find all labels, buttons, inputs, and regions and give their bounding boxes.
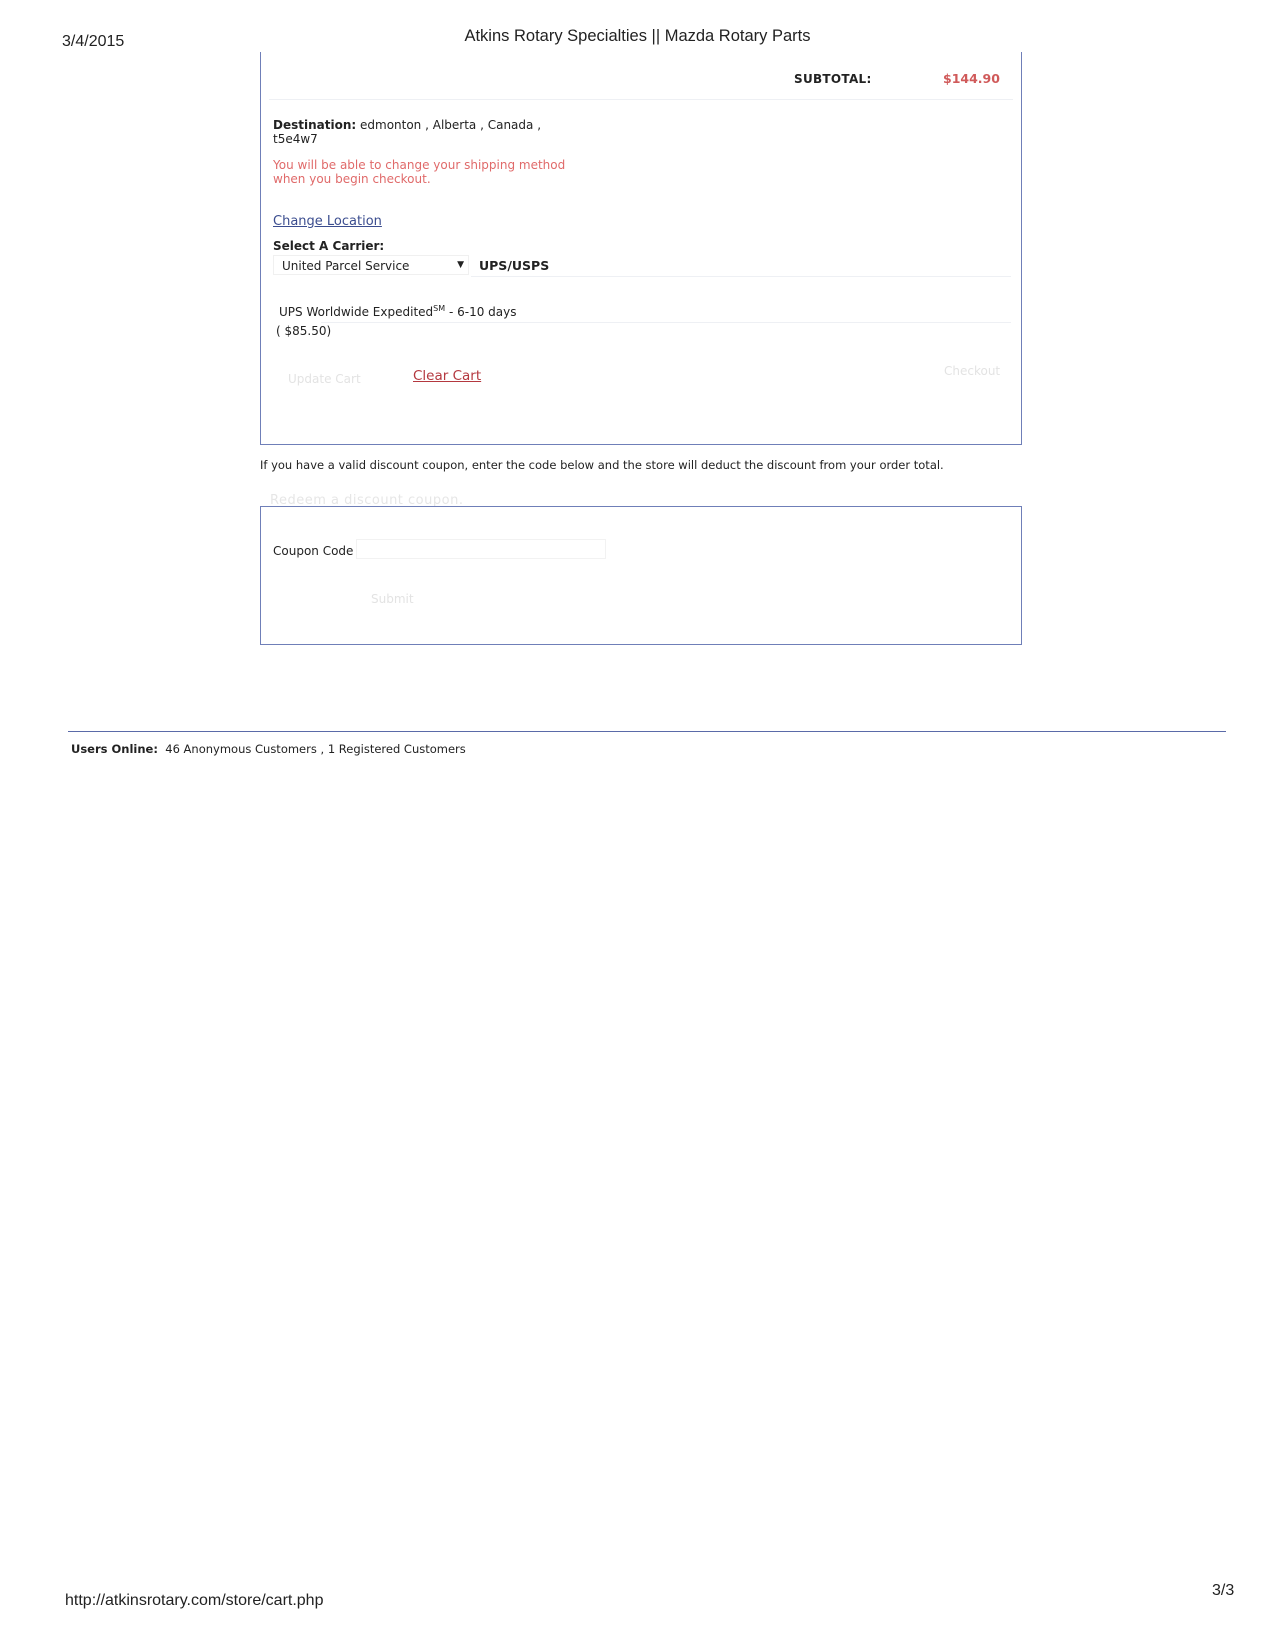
rate-days: - 6-10 days — [445, 305, 516, 319]
users-online-value: 46 Anonymous Customers , 1 Registered Cu… — [165, 742, 466, 756]
coupon-code-label: Coupon Code — [273, 544, 353, 558]
users-online-label: Users Online: — [71, 742, 158, 756]
print-page-title: Atkins Rotary Specialties || Mazda Rotar… — [0, 27, 1275, 46]
shipping-rate-price: ( $85.50) — [276, 324, 331, 338]
rate-service-mark: SM — [433, 304, 445, 313]
carrier-name: UPS/USPS — [479, 259, 549, 273]
carrier-label: Select A Carrier: — [273, 239, 384, 253]
destination: Destination: edmonton , Alberta , Canada… — [273, 118, 573, 146]
rate-divider — [321, 322, 1011, 323]
destination-label: Destination: — [273, 118, 356, 132]
carrier-divider — [471, 276, 1011, 277]
coupon-intro-text: If you have a valid discount coupon, ent… — [260, 458, 944, 472]
dropdown-arrow-icon: ▼ — [457, 255, 464, 275]
rate-service: UPS Worldwide Expedited — [279, 305, 433, 319]
subtotal-value: $144.90 — [943, 71, 1000, 86]
subtotal-label: SUBTOTAL: — [794, 72, 872, 86]
carrier-select[interactable]: United Parcel Service ▼ — [273, 255, 469, 275]
coupon-panel: Coupon Code Submit — [260, 506, 1022, 645]
carrier-selected-value: United Parcel Service — [282, 259, 409, 273]
print-url: http://atkinsrotary.com/store/cart.php — [65, 1592, 323, 1610]
shipping-rate-option: UPS Worldwide ExpeditedSM - 6-10 days — [279, 302, 516, 319]
subtotal-divider — [269, 99, 1013, 100]
coupon-code-input[interactable] — [356, 539, 606, 559]
print-page-number: 3/3 — [1212, 1582, 1234, 1600]
shipping-method-note: You will be able to change your shipping… — [273, 158, 573, 186]
clear-cart-link[interactable]: Clear Cart — [413, 369, 481, 383]
users-online: Users Online: 46 Anonymous Customers , 1… — [71, 742, 466, 756]
cart-summary-panel: SUBTOTAL: $144.90 Destination: edmonton … — [260, 52, 1022, 445]
coupon-submit-button[interactable]: Submit — [371, 592, 414, 606]
change-location-link[interactable]: Change Location — [273, 215, 382, 229]
update-cart-button[interactable]: Update Cart — [288, 372, 361, 386]
footer-divider — [68, 731, 1226, 732]
checkout-button[interactable]: Checkout — [944, 364, 1000, 378]
